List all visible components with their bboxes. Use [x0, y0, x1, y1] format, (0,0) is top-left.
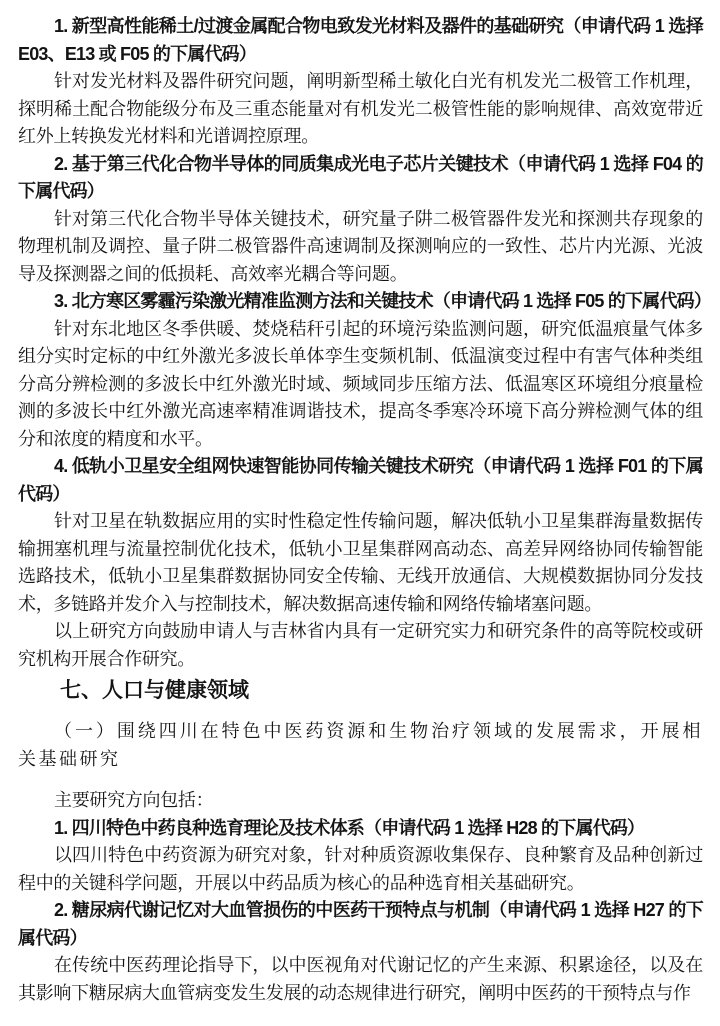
research-item-title: 2. 糖尿病代谢记忆对大血管损伤的中医药干预特点与机制（申请代码 1 选择 H2…	[18, 897, 703, 952]
body-paragraph: 以上研究方向鼓励申请人与吉林省内具有一定研究实力和研究条件的高等院校或研究机构开…	[18, 618, 703, 673]
research-item-title: 3. 北方寒区雾霾污染激光精准监测方法和关键技术（申请代码 1 选择 F05 的…	[18, 288, 703, 316]
body-paragraph: 在传统中医药理论指导下，以中医视角对代谢记忆的产生来源、积累途径，以及在其影响下…	[18, 952, 703, 1007]
research-item-title: 2. 基于第三代化合物半导体的同质集成光电子芯片关键技术（申请代码 1 选择 F…	[18, 151, 703, 206]
body-paragraph: 针对东北地区冬季供暖、焚烧秸秆引起的环境污染监测问题，研究低温痕量气体多组分实时…	[18, 316, 703, 454]
body-paragraph: 针对发光材料及器件研究问题，阐明新型稀土敏化白光有机发光二极管工作机理，探明稀土…	[18, 68, 703, 151]
research-item-title: 1. 四川特色中药良种选育理论及技术体系（申请代码 1 选择 H28 的下属代码…	[18, 815, 703, 843]
document-page: 1. 新型高性能稀土/过渡金属配合物电致发光材料及器件的基础研究（申请代码 1 …	[0, 0, 720, 1026]
body-paragraph: 主要研究方向包括：	[18, 787, 703, 815]
body-paragraph: 针对第三代化合物半导体关键技术，研究量子阱二极管器件发光和探测共存现象的物理机制…	[18, 206, 703, 289]
research-item-title: 4. 低轨小卫星安全组网快速智能协同传输关键技术研究（申请代码 1 选择 F01…	[18, 453, 703, 508]
document-content: 1. 新型高性能稀土/过渡金属配合物电致发光材料及器件的基础研究（申请代码 1 …	[18, 13, 703, 1007]
section-heading: 七、人口与健康领域	[18, 677, 703, 705]
sub-section-heading: （一）围绕四川在特色中医药资源和生物治疗领域的发展需求，开展相关基础研究	[18, 718, 703, 773]
body-paragraph: 针对卫星在轨数据应用的实时性稳定性传输问题，解决低轨小卫星集群海量数据传输拥塞机…	[18, 508, 703, 618]
research-item-title: 1. 新型高性能稀土/过渡金属配合物电致发光材料及器件的基础研究（申请代码 1 …	[18, 13, 703, 68]
body-paragraph: 以四川特色中药资源为研究对象，针对种质资源收集保存、良种繁育及品种创新过程中的关…	[18, 842, 703, 897]
